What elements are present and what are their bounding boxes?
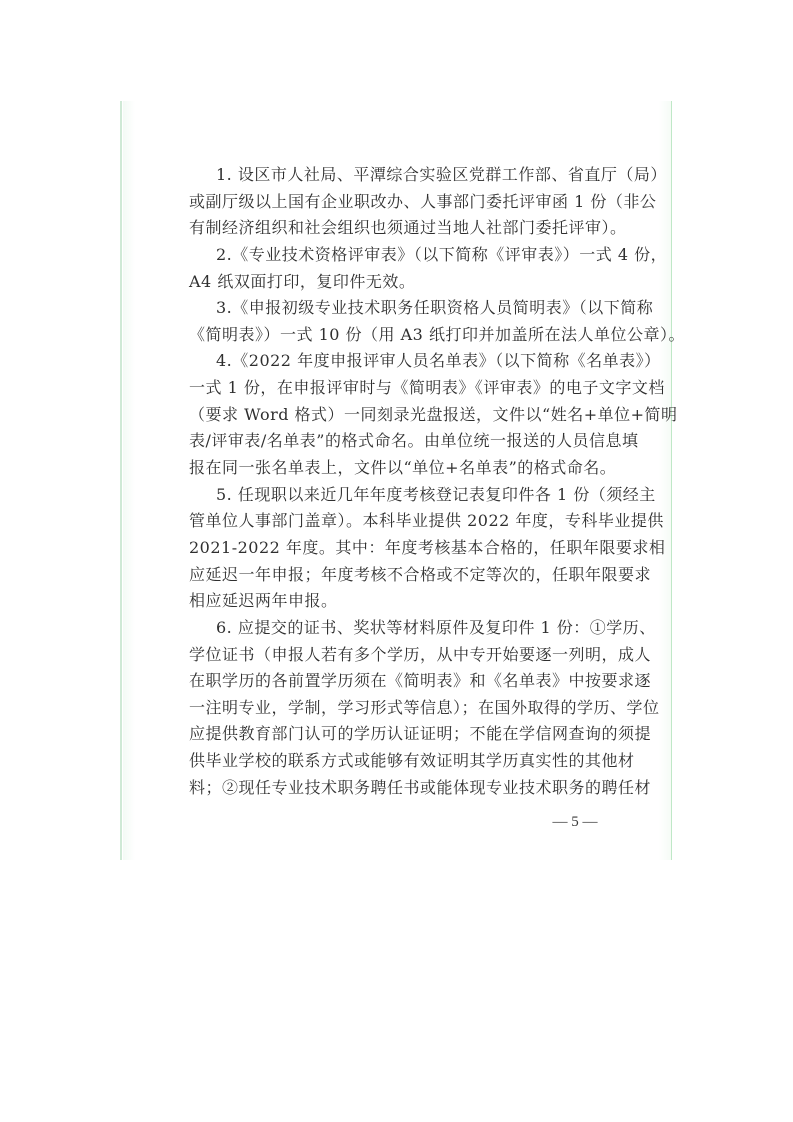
text-line: 报在同一张名单表上，文件以“单位+名单表”的格式命名。: [189, 455, 605, 482]
text-line: 一式 1 份，在申报评审时与《简明表》《评审表》的电子文字文档: [189, 375, 605, 402]
text-line: 管单位人事部门盖章）。本科毕业提供 2022 年度，专科毕业提供: [189, 508, 605, 535]
left-margin-rule: [120, 101, 122, 860]
paragraph-1: 1. 设区市人社局、平潭综合实验区党群工作部、省直厅（局） 或副厅级以上国有企业…: [189, 162, 605, 242]
text-line: 5. 任现职以来近几年年度考核登记表复印件各 1 份（须经主: [189, 482, 605, 509]
text-line: 《简明表》）一式 10 份（用 A3 纸打印并加盖所在法人单位公章）。: [189, 322, 605, 349]
text-line: 2021-2022 年度。其中：年度考核基本合格的，任职年限要求相: [189, 535, 605, 562]
text-line: 或副厅级以上国有企业职改办、人事部门委托评审函 1 份（非公: [189, 189, 605, 216]
text-line: 供毕业学校的联系方式或能够有效证明其学历真实性的其他材: [189, 748, 605, 775]
paragraph-4: 4.《2022 年度申报评审人员名单表》（以下简称《名单表》） 一式 1 份，在…: [189, 348, 605, 481]
text-line: A4 纸双面打印，复印件无效。: [189, 269, 605, 296]
text-line: 应延迟一年申报；年度考核不合格或不定等次的，任职年限要求: [189, 562, 605, 589]
text-line: 一注明专业，学制，学习形式等信息）；在国外取得的学历、学位: [189, 695, 605, 722]
text-line: （要求 Word 格式）一同刻录光盘报送，文件以“姓名+单位+简明: [189, 402, 605, 429]
paragraph-2: 2.《专业技术资格评审表》（以下简称《评审表》）一式 4 份， A4 纸双面打印…: [189, 242, 605, 295]
text-line: 6. 应提交的证书、奖状等材料原件及复印件 1 份：①学历、: [189, 615, 605, 642]
text-line: 有制经济组织和社会组织也须通过当地人社部门委托评审）。: [189, 215, 605, 242]
paragraph-6: 6. 应提交的证书、奖状等材料原件及复印件 1 份：①学历、 学位证书（申报人若…: [189, 615, 605, 801]
paragraph-5: 5. 任现职以来近几年年度考核登记表复印件各 1 份（须经主 管单位人事部门盖章…: [189, 482, 605, 615]
text-line: 在职学历的各前置学历须在《简明表》和《名单表》中按要求逐: [189, 668, 605, 695]
left-margin-shade: [123, 101, 135, 860]
text-line: 应提供教育部门认可的学历认证证明；不能在学信网查询的须提: [189, 721, 605, 748]
text-line: 学位证书（申报人若有多个学历，从中专开始要逐一列明，成人: [189, 642, 605, 669]
document-page: 1. 设区市人社局、平潭综合实验区党群工作部、省直厅（局） 或副厅级以上国有企业…: [0, 0, 793, 1122]
right-margin-rule: [671, 101, 672, 860]
text-line: 4.《2022 年度申报评审人员名单表》（以下简称《名单表》）: [189, 348, 605, 375]
paragraph-3: 3.《申报初级专业技术职务任职资格人员简明表》（以下简称 《简明表》）一式 10…: [189, 295, 605, 348]
page-number: — 5 —: [550, 814, 600, 831]
right-margin-shade: [659, 101, 671, 860]
document-body: 1. 设区市人社局、平潭综合实验区党群工作部、省直厅（局） 或副厅级以上国有企业…: [189, 162, 605, 801]
text-line: 3.《申报初级专业技术职务任职资格人员简明表》（以下简称: [189, 295, 605, 322]
text-line: 相应延迟两年申报。: [189, 588, 605, 615]
text-line: 料；②现任专业技术职务聘任书或能体现专业技术职务的聘任材: [189, 775, 605, 802]
text-line: 表/评审表/名单表”的格式命名。由单位统一报送的人员信息填: [189, 428, 605, 455]
text-line: 1. 设区市人社局、平潭综合实验区党群工作部、省直厅（局）: [189, 162, 605, 189]
text-line: 2.《专业技术资格评审表》（以下简称《评审表》）一式 4 份，: [189, 242, 605, 269]
